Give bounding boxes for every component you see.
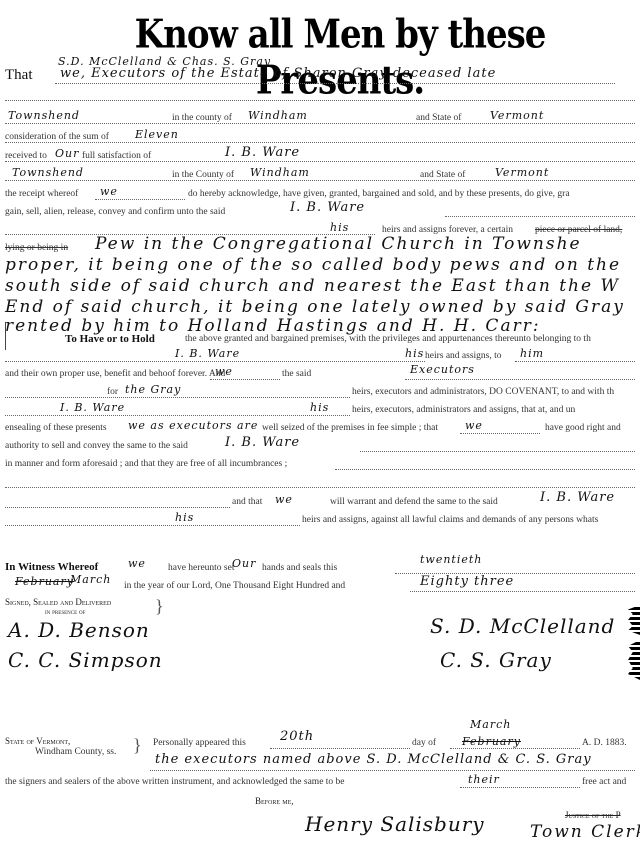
label: received to <box>5 151 49 161</box>
seal-icon <box>628 605 640 635</box>
label: and that <box>232 497 262 507</box>
witness-day: twentieth <box>420 553 482 566</box>
label: A. D. 1883. <box>582 738 627 748</box>
struck-text: lying or being in <box>5 243 68 253</box>
label: gain, sell, alien, release, convey and c… <box>5 207 225 217</box>
label: free act and <box>582 777 626 787</box>
description-line-2: proper, it being one of the so called bo… <box>5 255 621 275</box>
grantee-name: I. B. Ware <box>225 145 300 160</box>
habendum-heading: To Have or to Hold <box>65 333 155 345</box>
label: and State of <box>414 113 463 123</box>
witness-we: we <box>128 557 146 570</box>
justice-struck: Justice of the P <box>565 810 621 820</box>
label: and State of <box>418 170 467 180</box>
label: for <box>105 387 120 397</box>
grantee-name-3: I. B. Ware <box>175 347 240 360</box>
presence-label: in presence of <box>45 607 85 616</box>
witness-signature-2: C. C. Simpson <box>8 648 163 672</box>
grantors-line: we, Executors of the Estate of Sharon Gr… <box>60 66 496 81</box>
his-1: his <box>330 221 349 234</box>
witness-year: Eighty three <box>420 574 514 589</box>
ack-state: State of Vermont, <box>5 736 70 746</box>
signer-signature-2: C. S. Gray <box>440 648 552 672</box>
grantee-town: Townshend <box>12 166 84 179</box>
label: day of <box>412 738 436 748</box>
label: in the county of <box>170 113 234 123</box>
label: full satisfaction of <box>80 151 153 161</box>
we-2: we <box>465 419 483 432</box>
receipt-whereof-value: we <box>100 185 118 198</box>
ack-month: March <box>470 718 511 731</box>
witness-heading: In Witness Whereof <box>5 561 98 573</box>
label: ensealing of these presents <box>5 423 107 433</box>
grantor-state: Vermont <box>490 109 544 122</box>
received-to-value: Our <box>55 147 79 160</box>
description-line-3: south side of said church and nearest th… <box>5 276 620 296</box>
his-2: his <box>405 347 424 360</box>
label: heirs, executors, administrators and ass… <box>352 405 575 415</box>
ack-their: their <box>468 773 500 786</box>
before-me-label: Before me, <box>255 796 294 806</box>
label: consideration of the sum of <box>5 132 111 142</box>
label: heirs, executors and administrators, DO … <box>352 387 614 397</box>
grantor-county: Windham <box>248 109 308 122</box>
grantee-name-6: I. B. Ware <box>540 490 615 505</box>
executors: Executors <box>410 363 475 376</box>
grantee-name-5: I. B. Ware <box>225 435 300 450</box>
signer-signature-1: S. D. McClelland <box>430 614 615 638</box>
grantee-name-2: I. B. Ware <box>290 200 365 215</box>
label: Personally appeared this <box>153 738 246 748</box>
we-3: we <box>275 493 293 506</box>
label: the receipt whereof <box>5 189 78 199</box>
label: the above granted and bargained premises… <box>185 334 591 344</box>
witness-our: Our <box>232 557 256 570</box>
witness-month: March <box>70 573 111 586</box>
his-3: his <box>310 401 329 414</box>
label: have good right and <box>545 423 621 433</box>
grantor-town: Townshend <box>8 109 80 122</box>
him: him <box>520 347 544 360</box>
official-title: Town Clerk <box>530 822 640 842</box>
seal-icon <box>628 640 640 680</box>
ack-day: 20th <box>280 729 314 744</box>
label: in manner and form aforesaid ; and that … <box>5 459 287 469</box>
description-line-1: Pew in the Congregational Church in Town… <box>95 234 582 254</box>
label: authority to sell and convey the same to… <box>5 441 188 451</box>
deed-page: Know all Men by these Presents. S.D. McC… <box>0 0 640 857</box>
grantee-state: Vermont <box>495 166 549 179</box>
consideration-value: Eleven <box>135 128 179 141</box>
label: the said <box>282 369 311 379</box>
official-signature: Henry Salisbury <box>305 812 485 836</box>
witness-signature-1: A. D. Benson <box>8 618 150 642</box>
label: the signers and sealers of the above wri… <box>5 777 345 787</box>
label: in the year of our Lord, One Thousand Ei… <box>124 581 345 591</box>
label: and their own proper use, benefit and be… <box>5 369 225 379</box>
label: in the County of <box>170 170 236 180</box>
his-4: his <box>175 511 194 524</box>
signed-sealed-label: Signed, Sealed and Delivered <box>5 597 111 607</box>
label: do hereby acknowledge, have given, grant… <box>188 189 570 199</box>
for-value: the Gray <box>125 383 181 396</box>
we-1: we <box>215 365 233 378</box>
label: well seized of the premises in fee simpl… <box>262 423 438 433</box>
description-line-4: End of said church, it being one lately … <box>5 297 625 317</box>
witness-month-struck: February <box>15 575 74 588</box>
executors-2: we as executors are <box>128 419 258 432</box>
intro-that: That <box>5 67 33 84</box>
grantee-name-4: I. B. Ware <box>60 401 125 414</box>
ack-county: Windham County, ss. <box>35 747 116 757</box>
label: heirs and assigns, to <box>425 351 502 361</box>
label: have hereunto set <box>168 563 234 573</box>
label: heirs and assigns, against all lawful cl… <box>302 515 598 525</box>
grantee-county: Windham <box>250 166 310 179</box>
label: will warrant and defend the same to the … <box>330 497 498 507</box>
ack-month-struck: February <box>462 735 521 748</box>
ack-persons: the executors named above S. D. McClella… <box>155 752 592 767</box>
label: hands and seals this <box>262 563 337 573</box>
